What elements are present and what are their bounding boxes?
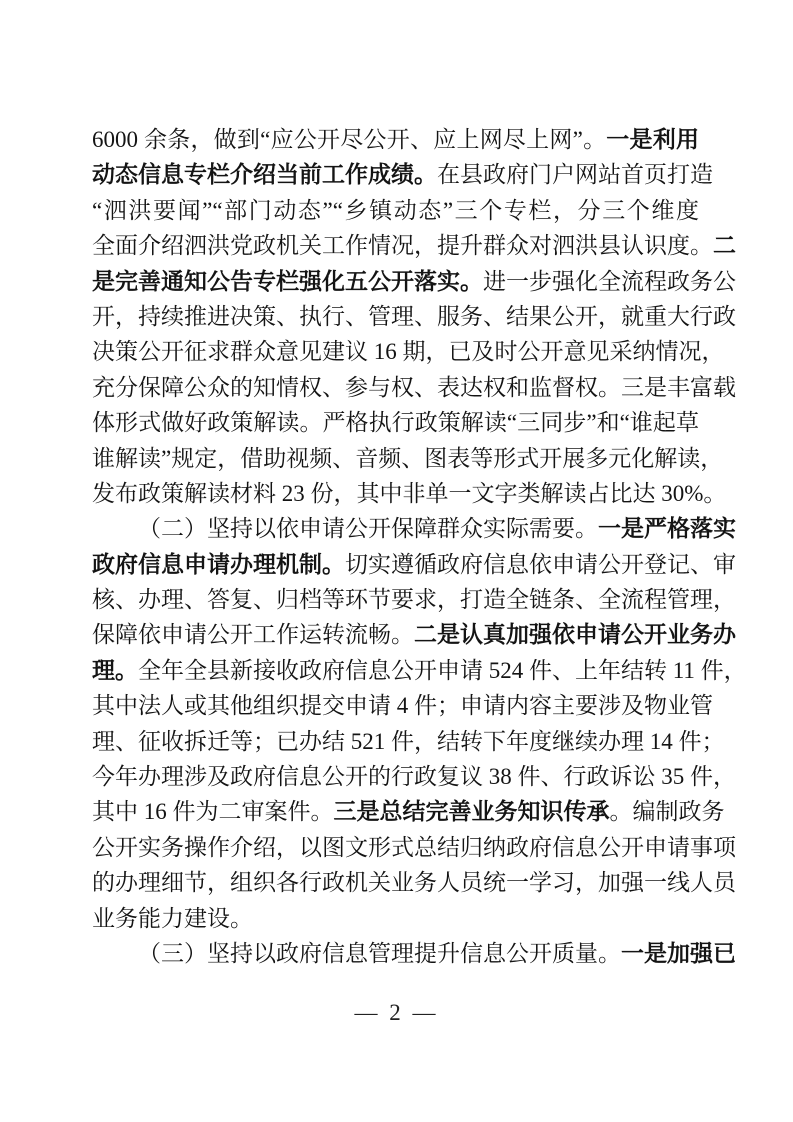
emphasis-text-segment: 一是利用 <box>606 126 699 152</box>
text-line: 充分保障公众的知情权、参与权、表达权和监督权。三是丰富载 <box>92 370 699 405</box>
text-line: 决策公开征求群众意见建议 16 期，已及时公开意见采纳情况， <box>92 334 699 369</box>
document-page: 6000 余条，做到“应公开尽公开、应上网尽上网”。一是利用动态信息专栏介绍当前… <box>0 0 793 1122</box>
text-line: 理、征收拆迁等；已办结 521 件，结转下年度继续办理 14 件； <box>92 724 699 759</box>
document-body-text: 6000 余条，做到“应公开尽公开、应上网尽上网”。一是利用动态信息专栏介绍当前… <box>92 122 699 971</box>
emphasis-text-segment: 一是加强已 <box>621 940 736 966</box>
emphasis-text-segment: 是完善通知公告专栏强化五公开落实。 <box>92 268 483 294</box>
text-line: 核、办理、答复、归档等环节要求，打造全链条、全流程管理， <box>92 582 699 617</box>
text-line: 体形式做好政策解读。严格执行政策解读“三同步”和“谁起草 <box>92 405 699 440</box>
text-line: 今年办理涉及政府信息公开的行政复议 38 件、行政诉讼 35 件， <box>92 759 699 794</box>
text-line: （三）坚持以政府信息管理提升信息公开质量。一是加强已 <box>92 936 699 971</box>
text-segment: 谁解读”规定，借助视频、音频、图表等形式开展多元化解读， <box>92 446 723 471</box>
text-line: 谁解读”规定，借助视频、音频、图表等形式开展多元化解读， <box>92 441 699 476</box>
text-segment: 理、征收拆迁等；已办结 521 件，结转下年度继续办理 14 件； <box>92 729 725 754</box>
text-segment: “泗洪要闻”“部门动态”“乡镇动态”三个专栏，分三个维度 <box>92 198 699 223</box>
text-line: 业务能力建设。 <box>92 901 699 936</box>
text-segment: 体形式做好政策解读。严格执行政策解读“三同步”和“谁起草 <box>92 410 699 435</box>
text-segment: 核、办理、答复、归档等环节要求，打造全链条、全流程管理， <box>92 587 736 612</box>
text-segment: 全年全县新接收政府信息公开申请 524 件、上年结转 11 件， <box>138 658 747 683</box>
text-segment: 发布政策解读材料 23 份，其中非单一文字类解读占比达 30%。 <box>92 481 726 506</box>
page-number: — 2 — <box>0 1000 793 1026</box>
text-segment: 其中法人或其他组织提交申请 4 件；申请内容主要涉及物业管 <box>92 693 713 718</box>
text-line: 动态信息专栏介绍当前工作成绩。在县政府门户网站首页打造 <box>92 157 699 192</box>
emphasis-text-segment: 二是认真加强依申请公开业务办 <box>414 621 736 647</box>
text-segment: 进一步强化全流程政务公 <box>483 269 736 294</box>
text-segment: 其中 16 件为二审案件。 <box>92 799 334 824</box>
text-segment: 。编制政务 <box>610 799 725 824</box>
text-segment: 的办理细节，组织各行政机关业务人员统一学习，加强一线人员 <box>92 870 736 895</box>
text-line: 政府信息申请办理机制。切实遵循政府信息依申请公开登记、审 <box>92 547 699 582</box>
text-line: 的办理细节，组织各行政机关业务人员统一学习，加强一线人员 <box>92 865 699 900</box>
text-segment: 在县政府门户网站首页打造 <box>437 162 713 187</box>
emphasis-text-segment: 二 <box>713 232 736 258</box>
emphasis-text-segment: 一是严格落实 <box>598 515 736 541</box>
text-segment: 今年办理涉及政府信息公开的行政复议 38 件、行政诉讼 35 件， <box>92 764 736 789</box>
text-line: “泗洪要闻”“部门动态”“乡镇动态”三个专栏，分三个维度 <box>92 193 699 228</box>
text-segment: （二）坚持以依申请公开保障群众实际需要。 <box>138 516 598 541</box>
emphasis-text-segment: 三是总结完善业务知识传承 <box>334 798 610 824</box>
text-line: 6000 余条，做到“应公开尽公开、应上网尽上网”。一是利用 <box>92 122 699 157</box>
text-segment: 保障依申请公开工作运转流畅。 <box>92 622 414 647</box>
text-segment: 切实遵循政府信息依申请公开登记、审 <box>345 552 736 577</box>
emphasis-text-segment: 理。 <box>92 657 138 683</box>
text-segment: 开，持续推进决策、执行、管理、服务、结果公开，就重大行政 <box>92 304 736 329</box>
text-segment: 业务能力建设。 <box>92 906 253 931</box>
text-line: 公开实务操作介绍，以图文形式总结归纳政府信息公开申请事项 <box>92 830 699 865</box>
text-line: 理。全年全县新接收政府信息公开申请 524 件、上年结转 11 件， <box>92 653 699 688</box>
text-line: 发布政策解读材料 23 份，其中非单一文字类解读占比达 30%。 <box>92 476 699 511</box>
text-segment: 决策公开征求群众意见建议 16 期，已及时公开意见采纳情况， <box>92 339 725 364</box>
text-line: 全面介绍泗洪党政机关工作情况，提升群众对泗洪县认识度。二 <box>92 228 699 263</box>
text-segment: 全面介绍泗洪党政机关工作情况，提升群众对泗洪县认识度。 <box>92 233 713 258</box>
emphasis-text-segment: 动态信息专栏介绍当前工作成绩。 <box>92 161 437 187</box>
text-line: 其中法人或其他组织提交申请 4 件；申请内容主要涉及物业管 <box>92 688 699 723</box>
emphasis-text-segment: 政府信息申请办理机制。 <box>92 551 345 577</box>
text-segment: （三）坚持以政府信息管理提升信息公开质量。 <box>138 941 621 966</box>
text-segment: 公开实务操作介绍，以图文形式总结归纳政府信息公开申请事项 <box>92 835 736 860</box>
text-line: 其中 16 件为二审案件。三是总结完善业务知识传承。编制政务 <box>92 794 699 829</box>
text-segment: 6000 余条，做到“应公开尽公开、应上网尽上网”。 <box>92 127 606 152</box>
text-line: （二）坚持以依申请公开保障群众实际需要。一是严格落实 <box>92 511 699 546</box>
text-segment: 充分保障公众的知情权、参与权、表达权和监督权。三是丰富载 <box>92 375 736 400</box>
text-line: 是完善通知公告专栏强化五公开落实。进一步强化全流程政务公 <box>92 264 699 299</box>
text-line: 开，持续推进决策、执行、管理、服务、结果公开，就重大行政 <box>92 299 699 334</box>
text-line: 保障依申请公开工作运转流畅。二是认真加强依申请公开业务办 <box>92 617 699 652</box>
